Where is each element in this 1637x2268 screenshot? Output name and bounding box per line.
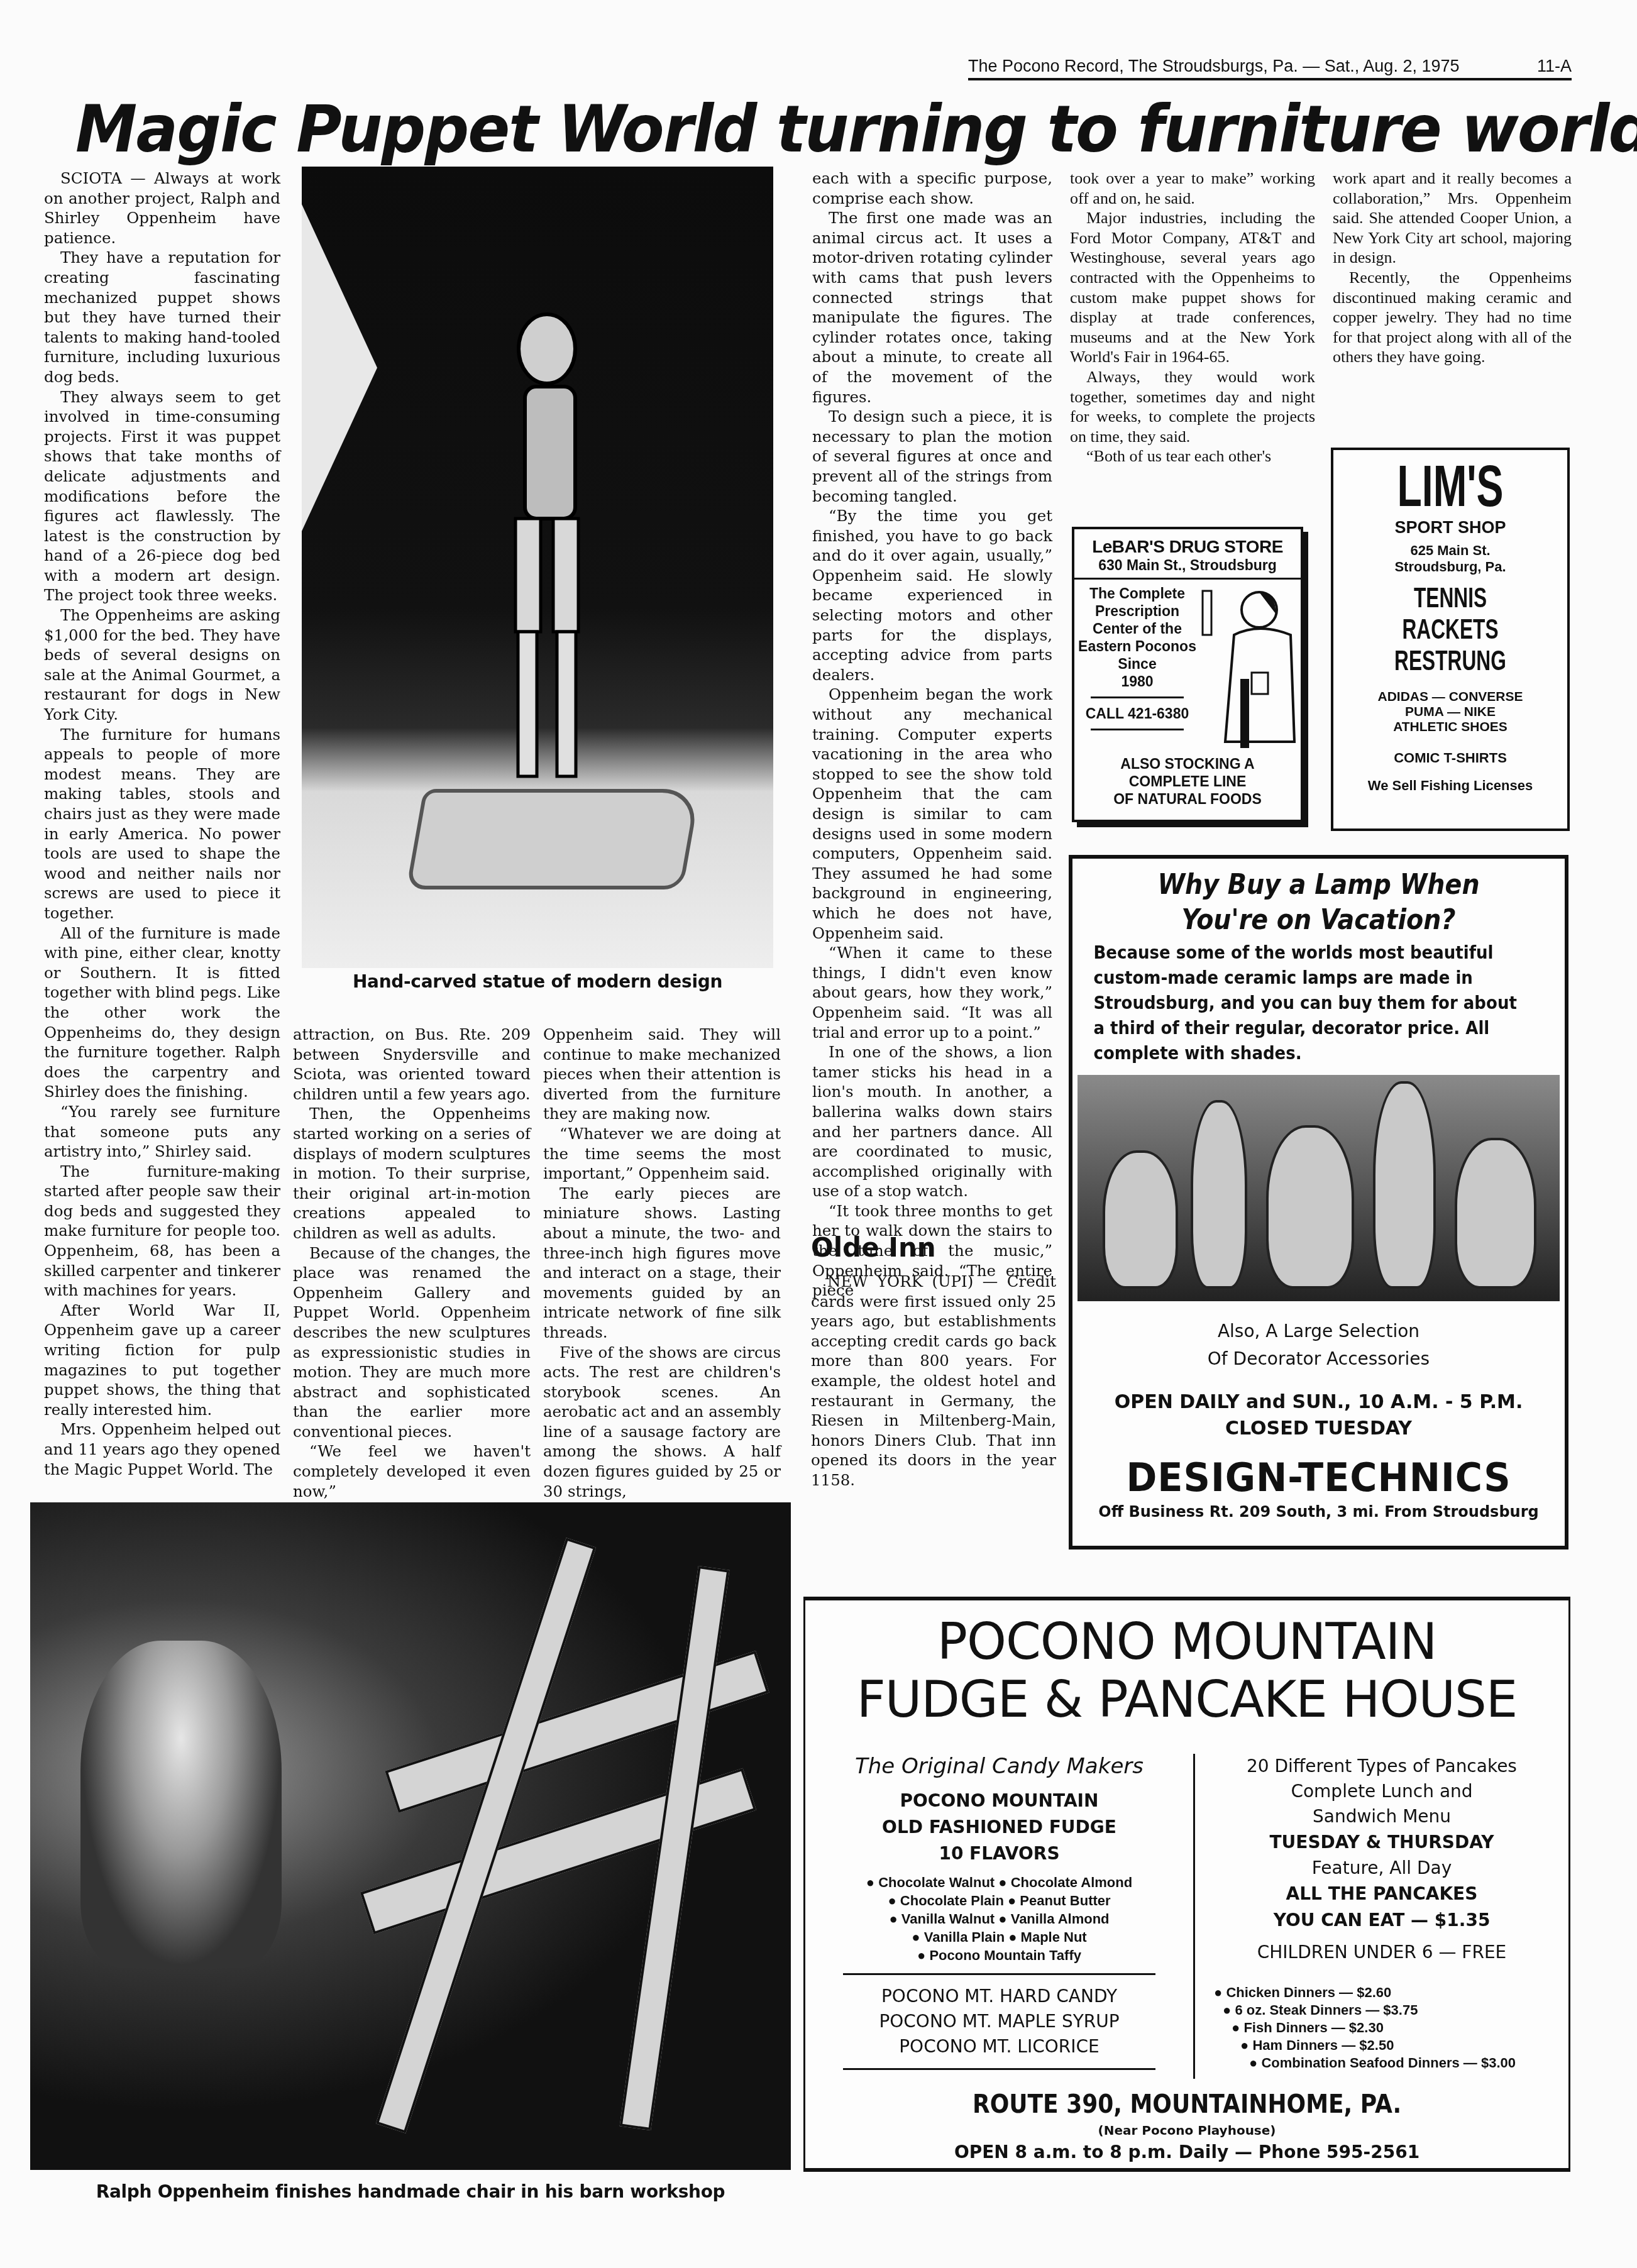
vase-shape [1455,1138,1536,1289]
ad-phone: CALL 421-6380 [1078,705,1196,722]
ad-brand-line: ADIDAS — CONVERSE [1333,690,1567,705]
ad-blurb: Because some of the worlds most beautifu… [1072,938,1530,1066]
paragraph: The furniture for humans appeals to peop… [44,725,280,923]
article-column-3: Oppenheim said. They will continue to ma… [543,1025,781,1501]
paragraph: Always, they would work together, someti… [1070,367,1315,446]
ad-also-line: Of Decorator Accessories [1072,1345,1565,1373]
pancake-days: TUESDAY & THURSDAY [1201,1829,1562,1856]
paragraph: Oppenheim said. They will continue to ma… [543,1025,781,1124]
ad-store-name: LeBAR'S DRUG STORE [1077,537,1298,557]
paragraph: attraction, on Bus. Rte. 209 between Sny… [293,1025,531,1104]
lebar-drug-store-ad: LeBAR'S DRUG STORE 630 Main St., Strouds… [1072,527,1303,822]
fudge-ad-footer: ROUTE 390, MOUNTAINHOME, PA. (Near Pocon… [803,2084,1570,2172]
ad-title: FUDGE & PANCAKE HOUSE [805,1671,1568,1729]
ad-headline: TENNIS RACKETS [1366,583,1535,646]
headline: Magic Puppet World turning to furniture … [75,88,1509,170]
paragraph: Oppenheim began the work without any mec… [812,685,1052,943]
ad-title: You're on Vacation? [1097,903,1540,938]
paragraph: To design such a piece, it is necessary … [812,407,1052,506]
ad-subtitle: SPORT SHOP [1333,518,1567,537]
paragraph: Mrs. Oppenheim helped out and 11 years a… [44,1419,280,1479]
paragraph: each with a specific purpose, comprise e… [812,168,1052,208]
paragraph: “Whatever we are doing at the time seems… [543,1124,781,1184]
paragraph: Five of the shows are circus acts. The r… [543,1343,781,1502]
ad-near: (Near Pocono Playhouse) [805,2123,1568,2138]
ad-store-name: LIM'S [1369,455,1532,518]
dinner-item: ● Combination Seafood Dinners — $3.00 [1214,2054,1562,2072]
ad-address: 630 Main St., Stroudsburg [1077,557,1298,574]
paragraph: NEW YORK (UPI) — Credit cards were first… [811,1272,1056,1490]
vase-shape [1191,1100,1247,1289]
pancake-feature: Feature, All Day [1201,1856,1562,1881]
dinner-item: ● Ham Dinners — $2.50 [1214,2037,1562,2054]
ad-location: Off Business Rt. 209 South, 3 mi. From S… [1072,1503,1565,1521]
ad-headline: RESTRUNG [1366,646,1535,677]
product-line: POCONO MT. LICORICE [812,2034,1187,2059]
dinner-item: ● 6 oz. Steak Dinners — $3.75 [1214,2001,1562,2019]
paragraph: They have a reputation for creating fasc… [44,248,280,387]
fudge-heading: 10 FLAVORS [812,1841,1187,1867]
ad-brand-line: ATHLETIC SHOES [1333,720,1567,735]
fudge-pancake-house-ad: POCONO MOUNTAIN FUDGE & PANCAKE HOUSE Th… [803,1597,1570,2084]
pancake-intro: 20 Different Types of Pancakes [1201,1754,1562,1779]
fudge-heading: OLD FASHIONED FUDGE [812,1814,1187,1841]
design-technics-lamp-ad: Why Buy a Lamp When You're on Vacation? … [1069,855,1568,1550]
paragraph: The Oppenheims are asking $1,000 for the… [44,605,280,725]
paragraph: work apart and it really becomes a colla… [1333,168,1572,268]
ad-hours: OPEN DAILY and SUN., 10 A.M. - 5 P.M. [1072,1389,1565,1416]
olde-inn-brief: Olde Inn NEW YORK (UPI) — Credit cards w… [811,1232,1056,1490]
paragraph: took over a year to make” working off an… [1070,168,1315,208]
paragraph: “When it came to these things, I didn't … [812,943,1052,1042]
pancake-deal: ALL THE PANCAKES [1201,1881,1562,1907]
chair-caption: Ralph Oppenheim finishes handmade chair … [30,2181,791,2202]
flavor-line: ● Chocolate Walnut ● Chocolate Almond [812,1873,1187,1891]
flavor-line: ● Vanilla Plain ● Maple Nut [812,1928,1187,1946]
paragraph: “By the time you get finished, you have … [812,506,1052,685]
divider [1091,696,1184,698]
ad-address: 625 Main St. [1333,542,1567,559]
ad-footer-line: OF NATURAL FOODS [1074,790,1301,808]
candy-column: The Original Candy Makers POCONO MOUNTAI… [805,1754,1195,2079]
statue-base [406,789,700,889]
paragraph: Because of the changes, the place was re… [293,1243,531,1442]
divider [1091,729,1184,730]
ad-tagline: The Original Candy Makers [812,1754,1187,1779]
man-figure [80,1641,282,1968]
pancake-intro: Complete Lunch and [1201,1779,1562,1804]
flavor-line: ● Pocono Mountain Taffy [812,1946,1187,1964]
ad-footer-line: ALSO STOCKING A [1074,755,1301,773]
olde-inn-title: Olde Inn [811,1232,1056,1263]
ad-route: ROUTE 390, MOUNTAINHOME, PA. [844,2090,1531,2119]
ad-hours: CLOSED TUESDAY [1072,1416,1565,1442]
product-line: POCONO MT. HARD CANDY [812,1984,1187,2009]
flavor-line: ● Vanilla Walnut ● Vanilla Almond [812,1910,1187,1928]
ad-tagline: Center of the [1078,620,1196,637]
paragraph: In one of the shows, a lion tamer sticks… [812,1042,1052,1201]
ad-open-hours: OPEN 8 a.m. to 8 p.m. Daily — Phone 595-… [805,2142,1568,2162]
puppet-statue-figure [503,311,591,827]
vase-shape [1266,1125,1354,1289]
statue-caption: Hand-carved statue of modern design [302,971,773,992]
ad-fishing: We Sell Fishing Licenses [1333,778,1567,794]
lims-sport-shop-ad: LIM'S SPORT SHOP 625 Main St. Stroudsbur… [1331,448,1570,831]
article-column-6: work apart and it really becomes a colla… [1333,168,1572,367]
paragraph: SCIOTA — Always at work on another proje… [44,168,280,248]
folio-paper: The Pocono Record, The Stroudsburgs, Pa.… [968,57,1459,76]
article-column-4: each with a specific purpose, comprise e… [812,168,1052,1301]
divider [843,1973,1155,1975]
pharmacist-illustration [1196,585,1297,751]
ad-title: Why Buy a Lamp When [1097,867,1540,903]
paragraph: Recently, the Oppenheims discontinued ma… [1333,268,1572,367]
ad-tagline: Prescription [1078,602,1196,620]
paragraph: Then, the Oppenheims started working on … [293,1104,531,1243]
paragraph: The first one made was an animal circus … [812,208,1052,407]
divider [843,2068,1155,2070]
ad-tagline: Since [1078,655,1196,673]
paragraph: “Both of us tear each other's [1070,446,1315,466]
pancake-deal: YOU CAN EAT — $1.35 [1201,1907,1562,1934]
ad-footer-line: COMPLETE LINE [1074,773,1301,790]
photo-shadow-shape [302,204,377,531]
paragraph: After World War II, Oppenheim gave up a … [44,1301,280,1420]
flavor-line: ● Chocolate Plain ● Peanut Butter [812,1891,1187,1910]
ad-tagline: The Complete [1078,585,1196,602]
vase-shape [1373,1081,1436,1289]
ad-brand-line: PUMA — NIKE [1333,705,1567,720]
fudge-heading: POCONO MOUNTAIN [812,1788,1187,1814]
kids-free: CHILDREN UNDER 6 — FREE [1201,1940,1562,1965]
ceramic-lamps-photo [1078,1075,1560,1301]
vase-shape [1103,1150,1178,1289]
statue-photo [302,167,773,968]
article-column-5: took over a year to make” working off an… [1070,168,1315,466]
folio-page: 11-A [1537,57,1572,76]
ad-tagline: Eastern Poconos [1078,637,1196,655]
ad-tagline: 1980 [1078,673,1196,690]
ad-title: POCONO MOUNTAIN [805,1613,1568,1671]
pancake-column: 20 Different Types of Pancakes Complete … [1195,1754,1568,2079]
article-column-2: attraction, on Bus. Rte. 209 between Sny… [293,1025,531,1501]
article-column-1: SCIOTA — Always at work on another proje… [44,168,280,1479]
ad-also-line: Also, A Large Selection [1072,1318,1565,1345]
ad-brand: DESIGN-TECHNICS [1085,1455,1553,1500]
pancake-intro: Sandwich Menu [1201,1804,1562,1829]
folio-line: The Pocono Record, The Stroudsburgs, Pa.… [968,57,1572,80]
dinner-item: ● Fish Dinners — $2.30 [1214,2019,1562,2037]
chair-workshop-photo [30,1502,791,2170]
paragraph: Major industries, including the Ford Mot… [1070,208,1315,367]
paragraph: “You rarely see furniture that someone p… [44,1102,280,1162]
ad-address: Stroudsburg, Pa. [1333,559,1567,575]
paragraph: “We feel we haven't completely developed… [293,1441,531,1501]
ad-tshirts: COMIC T-SHIRTS [1333,750,1567,766]
paragraph: The early pieces are miniature shows. La… [543,1184,781,1343]
paragraph: They always seem to get involved in time… [44,387,280,606]
paragraph: All of the furniture is made with pine, … [44,923,280,1102]
dinner-item: ● Chicken Dinners — $2.60 [1214,1984,1562,2001]
product-line: POCONO MT. MAPLE SYRUP [812,2009,1187,2034]
paragraph: The furniture-making started after peopl… [44,1162,280,1301]
